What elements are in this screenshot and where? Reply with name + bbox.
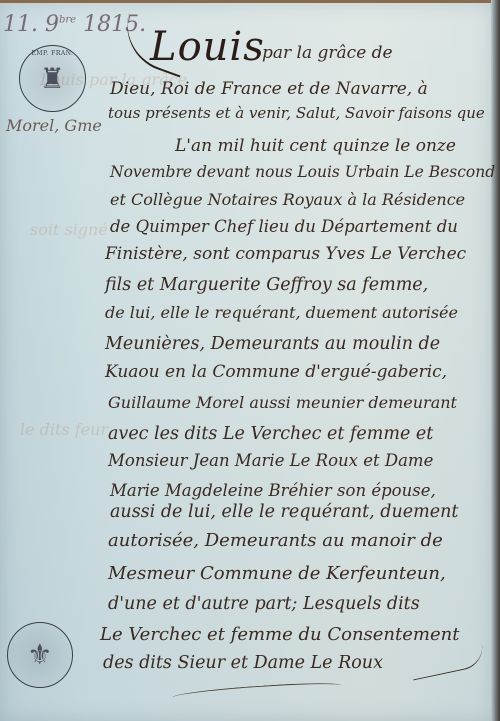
text-line: avec les dits Le Verchec et femme et — [108, 424, 433, 444]
text-line: tous présents et à venir, Salut, Savoir … — [108, 104, 485, 122]
text-line: et Collègue Notaires Royaux à la Résiden… — [110, 190, 465, 209]
text-line: Monsieur Jean Marie Le Roux et Dame — [108, 451, 433, 470]
text-line: Guillaume Morel aussi meunier demeurant — [108, 393, 457, 412]
text-line: Meunières, Demeurants au moulin de — [105, 334, 440, 354]
text-line: par la grâce de — [262, 43, 393, 63]
text-line: Novembre devant nous Louis Urbain Le Bes… — [110, 163, 495, 181]
text-line: de lui, elle le requérant, duement autor… — [105, 303, 458, 322]
text-line: Kuaou en la Commune d'ergué-gaberic, — [105, 362, 447, 382]
text-line: des dits Sieur et Dame Le Roux — [103, 653, 383, 673]
text-line: fils et Marguerite Geffroy sa femme, — [105, 275, 428, 295]
text-line: Dieu, Roi de France et de Navarre, à — [110, 79, 428, 99]
tax-stamp-bottom: ⚜ — [7, 622, 73, 688]
text-line: de Quimper Chef lieu du Département du — [110, 217, 458, 236]
text-line: Marie Magdeleine Bréhier son épouse, — [110, 481, 436, 500]
fasces-seal-icon: ⚜ — [27, 641, 53, 669]
text-line: L'an mil huit cent quinze le onze — [175, 136, 456, 156]
text-line: aussi de lui, elle le requérant, duement — [110, 502, 458, 522]
text-line: d'une et d'autre part; Lesquels dits — [108, 594, 420, 614]
document-body: par la grâce de Dieu, Roi de France et d… — [0, 0, 500, 721]
text-line: autorisée, Demeurants au manoir de — [108, 530, 443, 551]
text-line: Mesmeur Commune de Kerfeunteun, — [108, 563, 446, 584]
text-line: Le Verchec et femme du Consentement — [100, 624, 459, 645]
text-line: Finistère, sont comparus Yves Le Verchec — [105, 244, 466, 264]
